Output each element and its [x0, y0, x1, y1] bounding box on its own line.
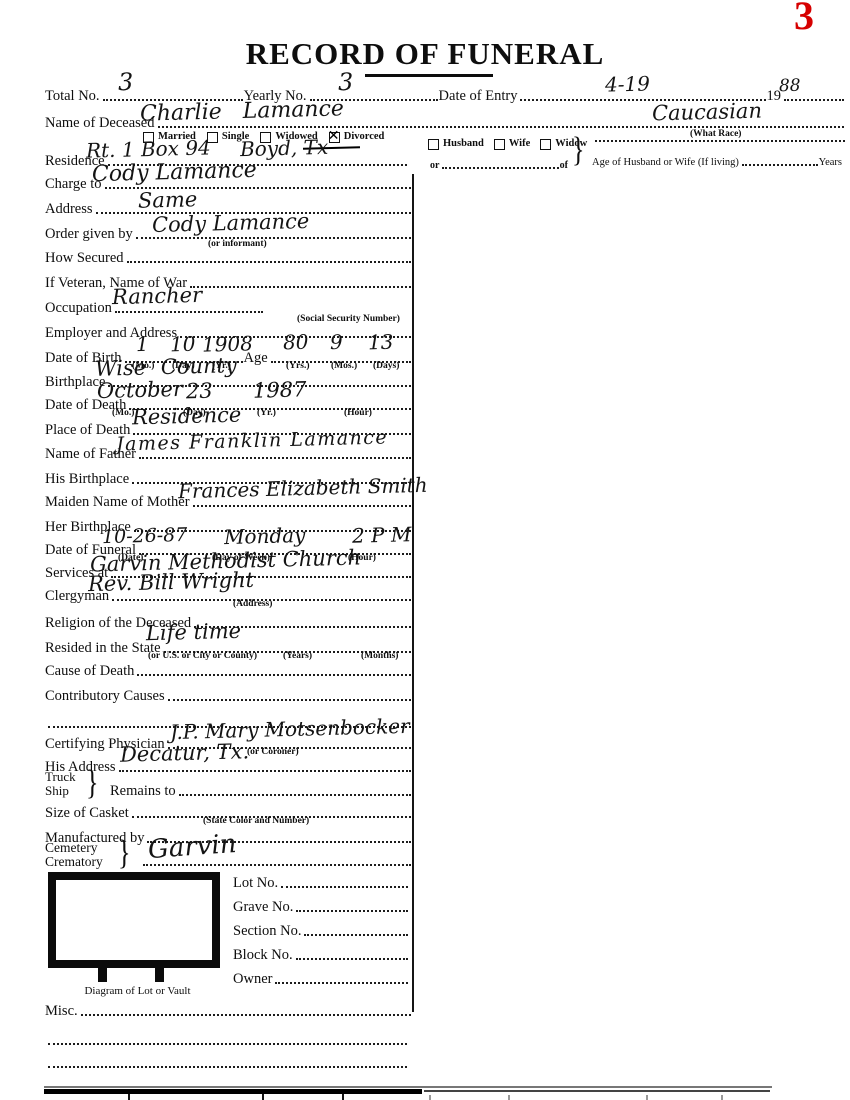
dotted-line — [119, 770, 412, 772]
lot-diagram — [48, 872, 220, 968]
yrs-sublabel: (Yrs.) — [286, 362, 309, 372]
if-veteran-row: If Veteran, Name of War — [45, 273, 412, 290]
hw-charge-to: Cody Lamance — [92, 160, 257, 186]
checkbox-wife: Wife — [494, 139, 530, 150]
dotted-line — [48, 1066, 407, 1068]
employer-label: Employer and Address — [45, 326, 177, 341]
bottom-table-column-tick — [721, 1095, 723, 1100]
dotted-line — [143, 864, 411, 866]
clergyman-address-sublabel: (Address) — [233, 600, 272, 610]
column-divider-line — [412, 174, 414, 1012]
hw-total-no: 3 — [118, 70, 134, 94]
hw-resided-in-state: Life time — [146, 621, 242, 644]
bottom-table-bold-rule — [44, 1089, 422, 1094]
hw-race: Caucasian — [652, 101, 762, 125]
hw-his-address: Decatur, Tx. — [120, 741, 250, 765]
lot-diagram-caption: Diagram of Lot or Vault — [55, 986, 220, 997]
ship-label: Ship — [45, 784, 69, 797]
lot-diagram-leg — [98, 960, 107, 982]
dotted-line — [137, 674, 411, 676]
section-no-label: Section No. — [233, 924, 301, 939]
funeral-record-page: 3 RECORD OF FUNERAL Total No. Yearly No.… — [0, 0, 850, 1100]
hw-age-months: 9 — [330, 332, 343, 352]
checkbox-husband: Husband — [428, 139, 484, 150]
truck-label: Truck — [45, 770, 76, 783]
hw-age-days: 13 — [368, 332, 394, 353]
maiden-name-label: Maiden Name of Mother — [45, 495, 190, 510]
dotted-line — [179, 794, 411, 796]
days-sublabel: (Days) — [373, 362, 399, 372]
hw-date-of-entry: 4-19 — [605, 73, 650, 94]
checkbox-label: Husband — [443, 139, 484, 150]
of-label: of — [560, 161, 568, 171]
lot-no-label: Lot No. — [233, 876, 278, 891]
spouse-brace: } — [572, 132, 584, 167]
hw-occupation: Rancher — [112, 285, 203, 308]
bottom-table-column-tick — [508, 1095, 510, 1100]
dotted-line — [304, 934, 408, 936]
bottom-table-column-tick — [342, 1094, 344, 1100]
hw-death-day: 23 — [186, 381, 213, 403]
dotted-line — [168, 699, 411, 701]
block-no-row: Block No. — [233, 945, 409, 962]
address-label: Address — [45, 202, 93, 217]
dotted-line — [296, 958, 408, 960]
spouse-checkbox-group: Husband Wife Widow — [428, 139, 587, 150]
dotted-line — [136, 237, 411, 239]
mos-sublabel: (Mos.) — [331, 362, 357, 372]
hw-birthplace: Wise County — [95, 355, 237, 380]
hw-name-of-deceased: Charlie Lamance — [140, 98, 344, 125]
hw-birth-day: 10 — [170, 334, 196, 355]
grave-no-row: Grave No. — [233, 897, 409, 914]
dotted-line — [115, 311, 263, 313]
remains-to-row: Remains to — [110, 781, 412, 798]
hw-clergyman: Rev. Bill Wright — [88, 570, 255, 595]
bottom-table-column-tick — [646, 1095, 648, 1100]
dotted-line — [139, 457, 411, 459]
or-label: or — [430, 161, 439, 171]
contributory-causes-label: Contributory Causes — [45, 689, 165, 704]
how-secured-row: How Secured — [45, 248, 412, 265]
hw-age-years: 80 — [283, 332, 309, 353]
resided-in-state-label: Resided in the State — [45, 641, 161, 656]
his-birthplace-label: His Birthplace — [45, 472, 129, 487]
size-of-casket-label: Size of Casket — [45, 806, 129, 821]
section-no-row: Section No. — [233, 921, 409, 938]
hw-death-month: October — [97, 379, 183, 402]
remains-to-label: Remains to — [110, 784, 176, 799]
truck-ship-brace: } — [86, 765, 98, 800]
misc-label: Misc. — [45, 1004, 78, 1019]
hw-maiden-name: Frances Elizabeth Smith — [178, 475, 428, 502]
checkbox-label: Wife — [509, 139, 530, 150]
owner-row: Owner — [233, 969, 409, 986]
hw-birth-month: 1 — [136, 334, 149, 354]
page-number: 3 — [794, 0, 814, 40]
what-race-sublabel: (What Race) — [690, 130, 741, 140]
order-given-by-label: Order given by — [45, 227, 133, 242]
years-label: Years — [819, 158, 842, 169]
lot-diagram-leg — [155, 960, 164, 982]
hw-yearly-no: 3 — [338, 70, 354, 94]
hw-funeral-day: Monday — [224, 525, 306, 547]
occupation-label: Occupation — [45, 301, 112, 316]
checkbox-icon — [428, 139, 439, 150]
hw-death-year: 1987 — [253, 379, 307, 401]
how-secured-label: How Secured — [45, 251, 124, 266]
crematory-label: Crematory — [45, 855, 103, 869]
block-no-label: Block No. — [233, 948, 293, 963]
x-mark-icon: ✕ — [328, 128, 340, 144]
hw-place-of-death: Residence — [132, 405, 242, 429]
dotted-line — [296, 910, 408, 912]
hw-funeral-hour: 2 P M — [352, 524, 412, 546]
cemetery-crematory-brace: } — [118, 835, 130, 870]
checkbox-checked-icon: ✕ — [329, 132, 340, 143]
grave-no-label: Grave No. — [233, 900, 293, 915]
hw-address: Same — [138, 189, 198, 212]
death-hour-sublabel: (Hour) — [344, 409, 372, 419]
total-no-label: Total No. — [45, 89, 100, 104]
dotted-line — [81, 1014, 411, 1016]
hw-funeral-date: 10-26-87 — [102, 526, 188, 547]
dotted-line — [193, 505, 411, 507]
dotted-line — [158, 126, 845, 128]
checkbox-divorced-checked: ✕ Divorced — [329, 132, 385, 143]
hw-order-given-by: Cody Lamance — [152, 211, 310, 236]
age-of-spouse-label: Age of Husband or Wife (If living) — [592, 158, 739, 169]
hw-birth-year: 1908 — [202, 333, 253, 354]
bottom-table-top-rule — [44, 1086, 772, 1088]
spouse-age-row: Age of Husband or Wife (If living) Years — [592, 155, 842, 168]
checkbox-icon — [540, 139, 551, 150]
bottom-table-column-tick — [128, 1094, 130, 1100]
death-yr-sublabel: (Yr.) — [257, 409, 276, 419]
dotted-line — [784, 99, 844, 101]
cause-of-death-row: Cause of Death — [45, 661, 412, 678]
dotted-line — [127, 261, 411, 263]
spouse-or-of-row: or of — [430, 154, 568, 171]
dotted-line — [190, 286, 411, 288]
title-underline — [365, 74, 493, 77]
page-title: RECORD OF FUNERAL — [0, 36, 850, 72]
state-color-sublabel: (State Color and Number) — [203, 817, 309, 827]
date-of-entry-label: Date of Entry — [439, 89, 518, 104]
dotted-line — [442, 167, 558, 169]
bottom-table-column-tick — [429, 1095, 431, 1100]
cause-of-death-label: Cause of Death — [45, 664, 134, 679]
dotted-line — [281, 886, 408, 888]
bottom-table-column-tick — [262, 1094, 264, 1100]
hw-entry-year: 88 — [779, 78, 801, 96]
dotted-line — [275, 982, 408, 984]
blank-dotted-row — [45, 1030, 408, 1047]
dotted-line — [595, 140, 845, 142]
hw-certifying-physician: J.P. Mary Motsenbocker — [170, 716, 410, 742]
hw-residence: Rt. 1 Box 94 — [86, 137, 211, 160]
checkbox-icon — [494, 139, 505, 150]
checkbox-label: Divorced — [344, 132, 385, 143]
dotted-line — [48, 1043, 407, 1045]
cemetery-label: Cemetery — [45, 841, 97, 855]
hw-cemetery: Garvin — [147, 831, 237, 863]
contributory-causes-row: Contributory Causes — [45, 686, 412, 703]
owner-label: Owner — [233, 972, 272, 987]
dotted-line — [742, 164, 818, 166]
hw-residence-city: Boyd, Tx — [240, 137, 329, 159]
name-of-deceased-label: Name of Deceased — [45, 116, 155, 131]
misc-row: Misc. — [45, 1001, 412, 1018]
bottom-table-thin-rule — [424, 1090, 770, 1092]
lot-no-row: Lot No. — [233, 873, 409, 890]
blank-dotted-row — [45, 1053, 408, 1070]
